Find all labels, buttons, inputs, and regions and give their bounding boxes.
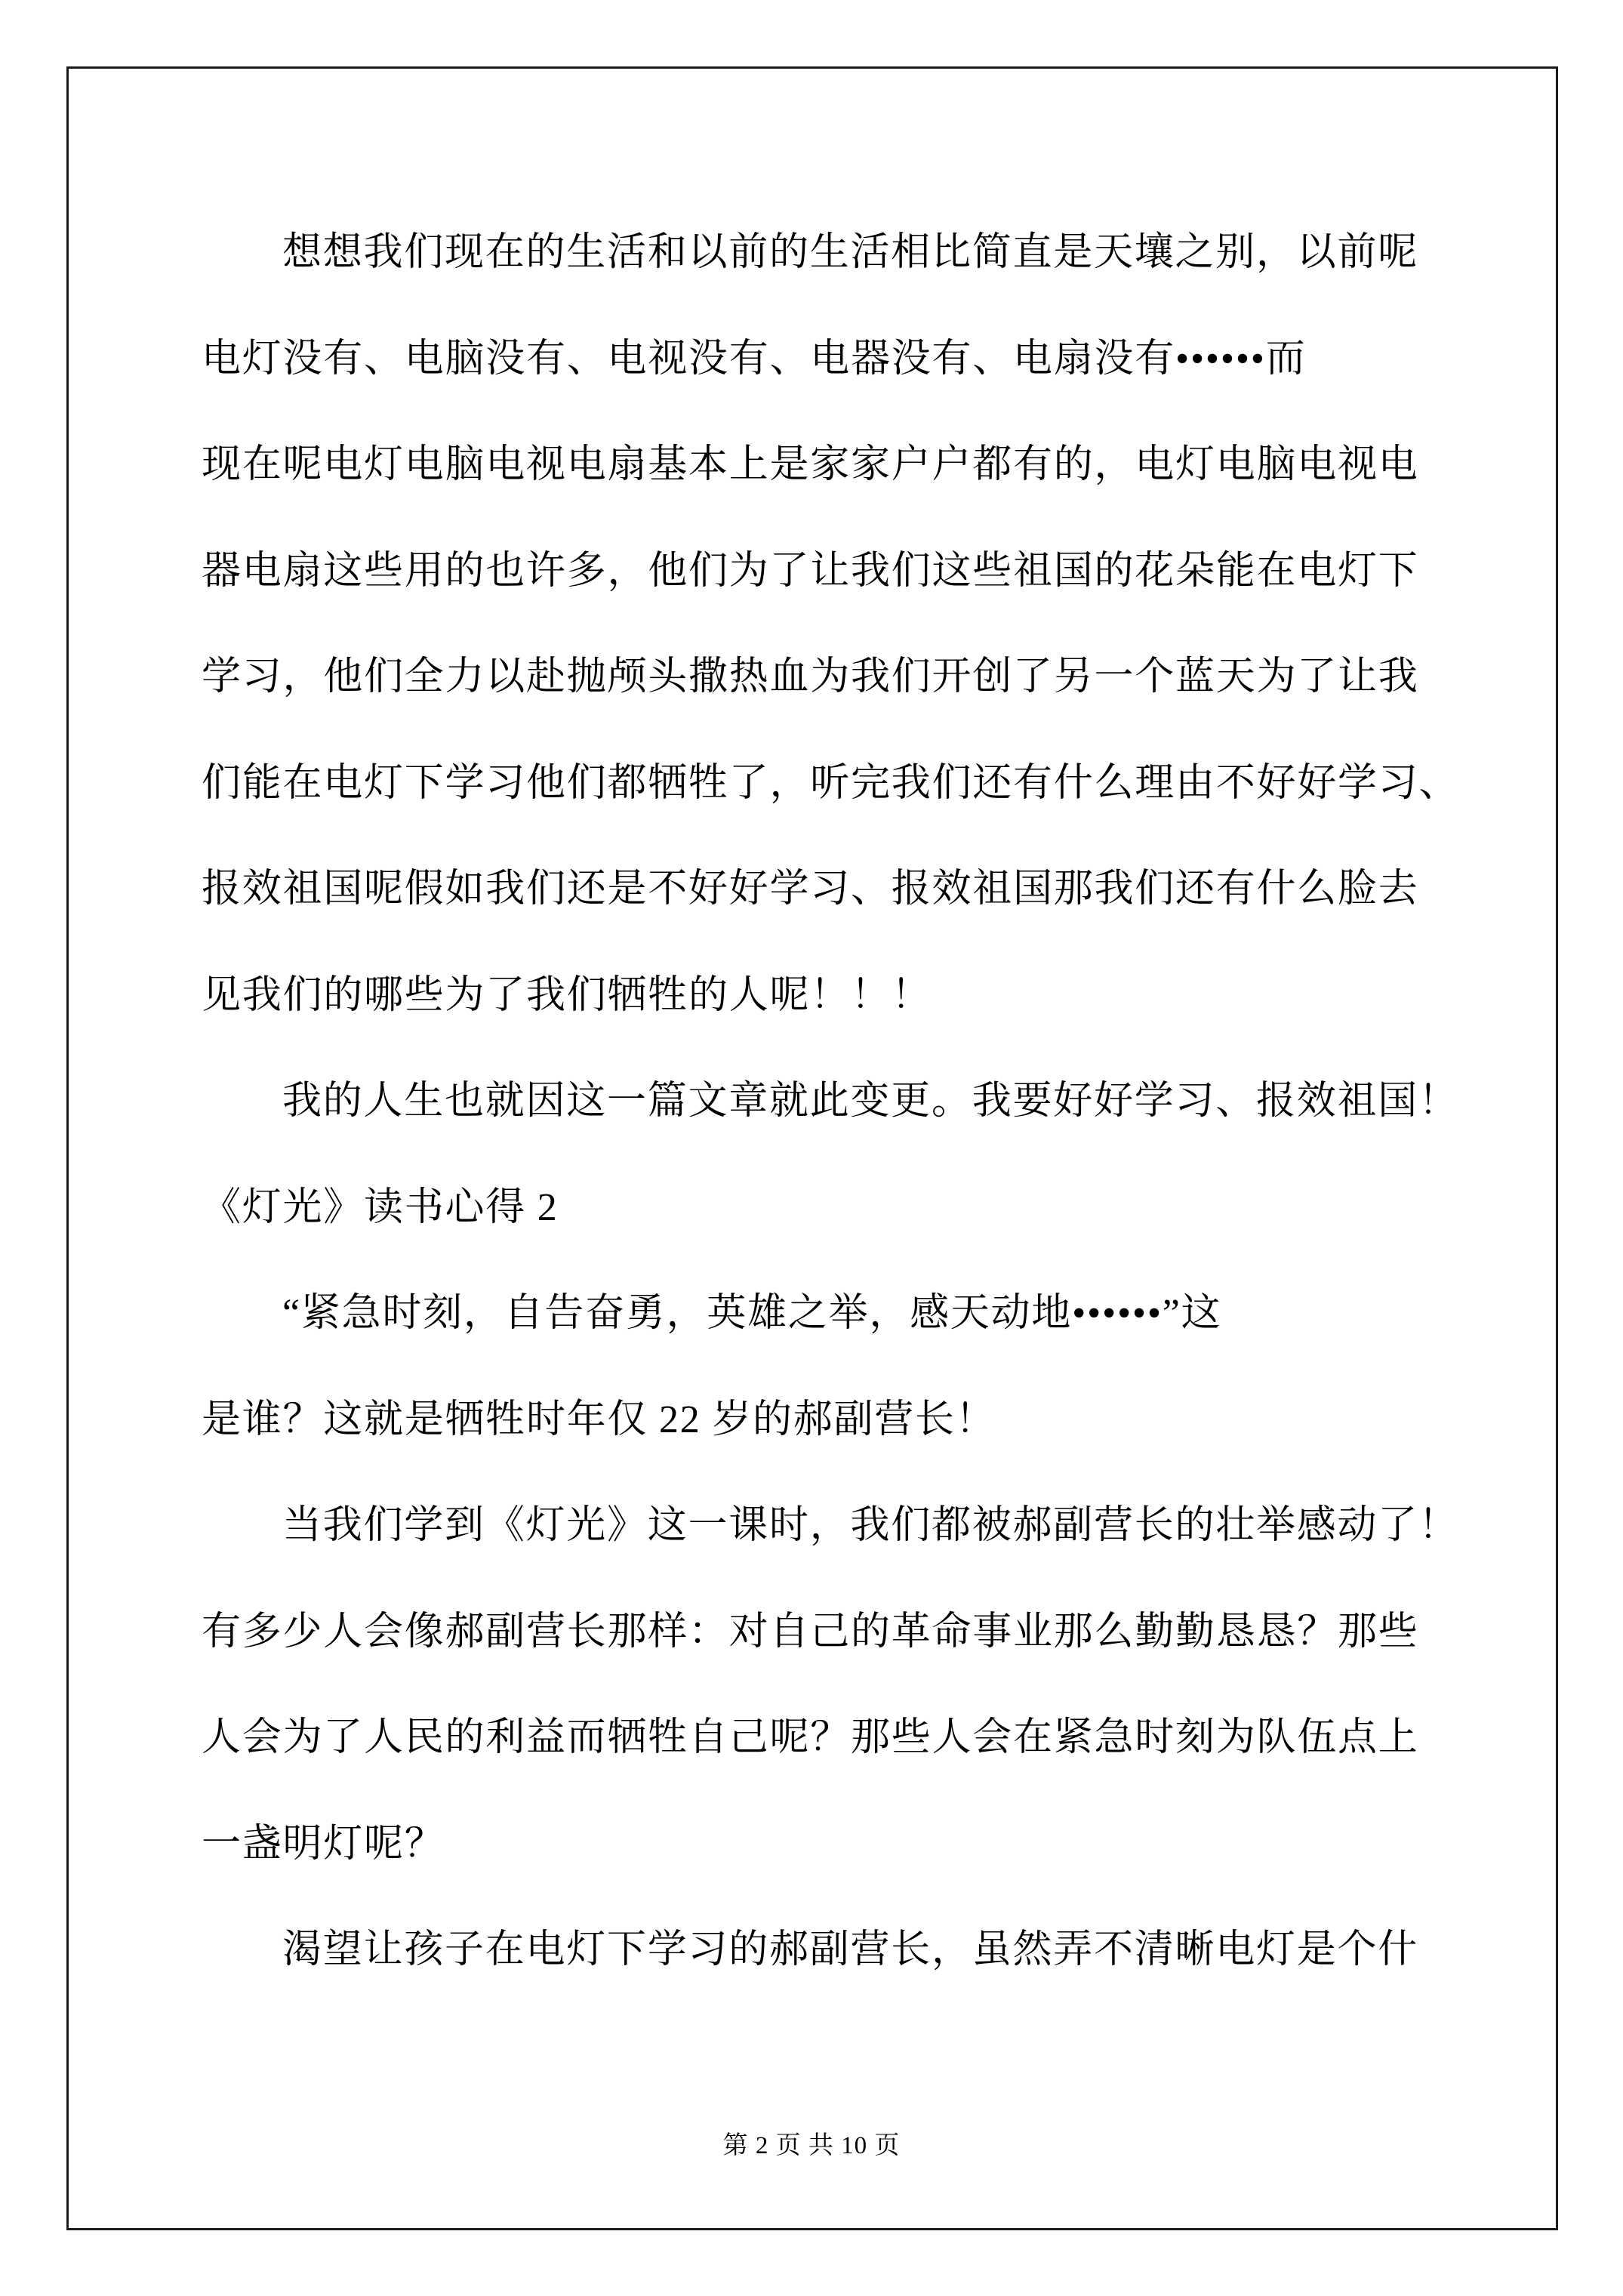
text-line: 电灯没有、电脑没有、电视没有、电器没有、电扇没有••••••而 (202, 307, 1530, 413)
text-line: 学习，他们全力以赴抛颅头撒热血为我们开创了另一个蓝天为了让我 (202, 624, 1530, 731)
document-page: 想想我们现在的生活和以前的生活相比简直是天壤之别，以前呢 电灯没有、电脑没有、电… (0, 0, 1623, 2296)
text-line: 当我们学到《灯光》这一课时，我们都被郝副营长的壮举感动了！ (202, 1473, 1530, 1579)
text-line: 想想我们现在的生活和以前的生活相比简直是天壤之别，以前呢 (202, 200, 1530, 307)
page-number-text: 第 2 页 共 10 页 (723, 2132, 901, 2159)
text-line: 有多少人会像郝副营长那样：对自己的革命事业那么勤勤恳恳？那些 (202, 1579, 1530, 1686)
text-line: 是谁？这就是牺牲时年仅 22 岁的郝副营长！ (202, 1367, 1530, 1474)
text-line: 人会为了人民的利益而牺牲自己呢？那些人会在紧急时刻为队伍点上 (202, 1685, 1530, 1792)
text-line: 们能在电灯下学习他们都牺牲了，听完我们还有什么理由不好好学习、 (202, 731, 1530, 837)
text-line: “紧急时刻，自告奋勇，英雄之举，感天动地••••••”这 (202, 1261, 1530, 1367)
page-footer: 第 2 页 共 10 页 (0, 2131, 1623, 2161)
text-line: 报效祖国呢假如我们还是不好好学习、报效祖国那我们还有什么脸去 (202, 837, 1530, 943)
text-line: 见我们的哪些为了我们牺牲的人呢！！！ (202, 943, 1530, 1049)
document-content: 想想我们现在的生活和以前的生活相比简直是天壤之别，以前呢 电灯没有、电脑没有、电… (202, 200, 1530, 2004)
section-heading: 《灯光》读书心得 2 (202, 1155, 1530, 1262)
text-line: 现在呢电灯电脑电视电扇基本上是家家户户都有的，电灯电脑电视电 (202, 412, 1530, 519)
text-line: 渴望让孩子在电灯下学习的郝副营长，虽然弄不清晰电灯是个什 (202, 1897, 1530, 2004)
text-line: 一盏明灯呢？ (202, 1792, 1530, 1898)
text-line: 我的人生也就因这一篇文章就此变更。我要好好学习、报效祖国！ (202, 1049, 1530, 1155)
text-line: 器电扇这些用的也许多，他们为了让我们这些祖国的花朵能在电灯下 (202, 519, 1530, 625)
